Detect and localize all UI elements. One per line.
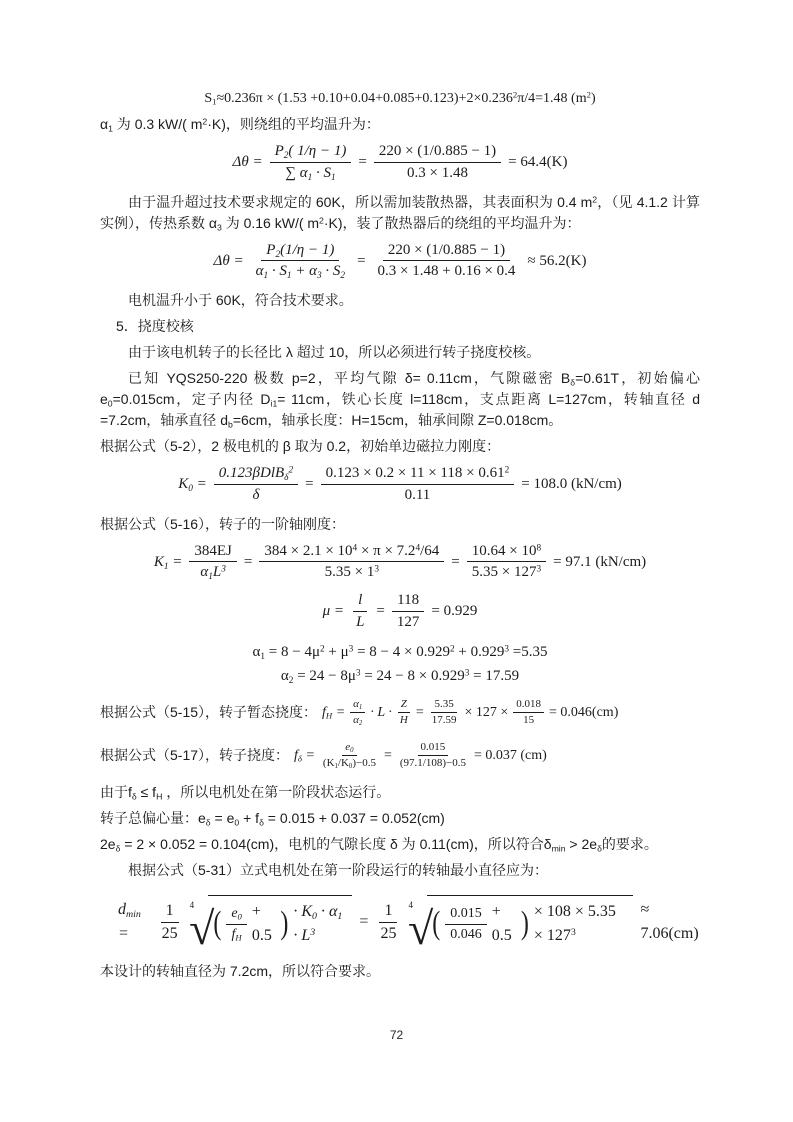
fraction: P2( 1/η − 1) ∑ α1 · S1	[270, 142, 352, 183]
fraction-denominator: α1L3	[195, 562, 231, 582]
equation-text: α1 = 8 − 4μ2 + μ3 = 8 − 4 × 0.9292 + 0.9…	[253, 641, 548, 664]
formula-rhs: ≈ 56.2(K)	[527, 250, 586, 273]
equation-text: α2 = 24 − 8μ3 = 24 − 8 × 0.9293 = 17.59	[281, 665, 519, 688]
length-ratio-formula: μ = l L = 118 127 = 0.929	[100, 591, 700, 632]
surface-area-equation-line: S1≈0.236π × (1.53 +0.10+0.04+0.085+0.123…	[100, 88, 700, 109]
formula-lhs: fδ =	[294, 745, 315, 766]
fraction-denominator: 5.35 × 13	[320, 562, 384, 582]
formula-lhs: fH =	[322, 702, 345, 723]
fraction-numerator: e0	[342, 741, 356, 756]
magnetic-pull-stiffness-formula: K0 = 0.123βDlBδ2 δ = 0.123 × 0.2 × 11 × …	[100, 464, 700, 505]
formula-rhs: = 0.046(cm)	[549, 702, 618, 723]
fraction-numerator: 0.018	[513, 698, 544, 713]
fraction-denominator: 0.046	[445, 925, 487, 944]
operator: · K0 · α1 · L3	[293, 900, 346, 948]
formula-rhs: = 108.0 (kN/cm)	[521, 473, 622, 496]
fraction-numerator: 1	[379, 901, 397, 923]
equals-sign: =	[359, 910, 368, 934]
fraction-denominator: 15	[520, 713, 537, 727]
rotor-deflection-formula: fδ = e0 (K1/K0)−0.5 = 0.015 (97.1/108)−0…	[294, 741, 547, 770]
formula-lhs: K0 =	[178, 473, 207, 496]
fraction-numerator: 10.64 × 108	[467, 542, 546, 563]
conclusion-line: 本设计的转轴直径为 7.2cm，所以符合要求。	[100, 961, 700, 982]
root-index: 4	[190, 899, 195, 913]
formula-lhs: Δθ =	[214, 250, 244, 273]
fraction-numerator: 0.123βDlBδ2	[214, 464, 298, 485]
formula-rhs: = 97.1 (kN/cm)	[553, 551, 646, 574]
fraction-denominator: α2	[350, 713, 365, 727]
operator: + 0.5	[492, 900, 516, 948]
fraction-denominator: 25	[157, 923, 183, 944]
fraction: 384 × 2.1 × 104 × π × 7.24/64 5.35 × 13	[259, 542, 444, 583]
radicand: ( 0.015 0.046 + 0.5 ) × 108 × 5.35 × 127…	[427, 895, 633, 949]
page-number: 72	[0, 1026, 793, 1044]
fraction-denominator: 5.35 × 1273	[467, 562, 546, 582]
equals-sign: =	[244, 551, 252, 574]
formula-5-31-intro: 根据公式（5-31）立式电机处在第一阶段运行的转轴最小直径应为：	[100, 860, 700, 881]
fraction-numerator: 0.015	[445, 905, 487, 925]
operator: × 127 ×	[464, 702, 508, 723]
total-eccentricity-line: 转子总偏心量：eδ = e0 + fδ = 0.015 + 0.037 = 0.…	[100, 808, 700, 829]
fraction-denominator: H	[397, 713, 411, 727]
formula-rhs: = 0.929	[431, 600, 477, 623]
fraction-numerator: 5.35	[431, 698, 456, 713]
avg-temp-rise-formula-1: Δθ = P2( 1/η − 1) ∑ α1 · S1 = 220 × (1/0…	[100, 142, 700, 183]
fraction: 0.015 0.046	[445, 905, 487, 943]
avg-temp-rise-formula-2: Δθ = P2(1/η − 1) α1 · S1 + α3 · S2 = 220…	[100, 241, 700, 282]
fraction-denominator: 25	[375, 923, 401, 944]
fraction-numerator: l	[353, 591, 367, 612]
known-parameters-paragraph: 已知 YQS250-220 极数 p=2，平均气隙 δ= 0.11cm，气隙磁密…	[100, 368, 700, 431]
fraction-numerator: 384 × 2.1 × 104 × π × 7.24/64	[259, 542, 444, 563]
fraction: e0 (K1/K0)−0.5	[320, 741, 379, 770]
temp-requirement-line: 电机温升小于 60K，符合技术要求。	[100, 290, 700, 311]
fraction-denominator: 0.3 × 1.48	[402, 163, 473, 183]
fraction-denominator: fH	[227, 925, 247, 944]
formula-lhs: dmin =	[118, 898, 150, 946]
fraction: 0.018 15	[513, 698, 544, 727]
big-paren-open: (	[213, 908, 221, 940]
formula-lhs: K1 =	[154, 551, 183, 574]
fraction-numerator: P2(1/η − 1)	[261, 241, 339, 262]
fraction-numerator: 0.123 × 0.2 × 11 × 118 × 0.612	[321, 464, 515, 485]
equals-sign: =	[416, 702, 424, 723]
fraction: 0.123 × 0.2 × 11 × 118 × 0.612 0.11	[321, 464, 515, 505]
fraction: 1 25	[375, 901, 401, 944]
fraction: e0 fH	[226, 905, 247, 943]
fraction-numerator: 384EJ	[189, 542, 237, 563]
fraction: 384EJ α1L3	[189, 542, 237, 583]
formula-lhs: Δθ =	[233, 151, 263, 174]
fraction-denominator: 0.3 × 1.48 + 0.16 × 0.4	[373, 261, 521, 281]
rotor-deflection-line: 根据公式（5-17），转子挠度： fδ = e0 (K1/K0)−0.5 = 0…	[100, 741, 700, 770]
deflection-heading: 5．挠度校核	[100, 316, 700, 337]
eccentricity-check-line: 2eδ = 2 × 0.052 = 0.104(cm)，电机的气隙长度 δ 为 …	[100, 834, 700, 855]
equals-sign: =	[358, 151, 366, 174]
fraction-numerator: 220 × (1/0.885 − 1)	[374, 142, 501, 163]
fraction-denominator: 127	[392, 612, 425, 632]
formula-5-17-intro: 根据公式（5-17），转子挠度：	[100, 745, 289, 766]
formula-5-16-intro: 根据公式（5-16），转子的一阶轴刚度：	[100, 514, 700, 535]
transient-deflection-line: 根据公式（5-15），转子暂态挠度： fH = α1 α2 · L · Z H …	[100, 698, 700, 727]
fraction-denominator: α1 · S1 + α3 · S2	[251, 261, 351, 281]
fraction: l L	[351, 591, 369, 632]
fraction: 0.015 (97.1/108)−0.5	[397, 741, 469, 770]
fraction: Z H	[397, 698, 411, 727]
fraction-numerator: α1	[350, 698, 365, 713]
equals-sign: =	[384, 745, 392, 766]
fraction-denominator: 17.59	[429, 713, 460, 727]
operator: · L ·	[370, 702, 392, 723]
big-paren-open: (	[432, 908, 440, 940]
fraction: 220 × (1/0.885 − 1) 0.3 × 1.48 + 0.16 × …	[373, 241, 521, 282]
fraction: 10.64 × 108 5.35 × 1273	[467, 542, 546, 583]
fraction-denominator: (97.1/108)−0.5	[397, 756, 469, 770]
equation-text: S1≈0.236π × (1.53 +0.10+0.04+0.085+0.123…	[204, 88, 595, 109]
fraction: 0.123βDlBδ2 δ	[214, 464, 298, 505]
formula-5-2-intro: 根据公式（5-2），2 极电机的 β 取为 0.2，初始单边磁拉力刚度：	[100, 436, 700, 457]
fraction-numerator: P2( 1/η − 1)	[270, 142, 352, 163]
formula-rhs: ≈ 7.06(cm)	[640, 898, 700, 946]
fraction-numerator: 0.015	[418, 741, 449, 756]
formula-rhs: = 0.037 (cm)	[474, 745, 547, 766]
fraction-denominator: ∑ α1 · S1	[280, 163, 340, 183]
fraction-numerator: 1	[161, 901, 179, 923]
fraction-numerator: Z	[398, 698, 410, 713]
equals-sign: =	[357, 250, 365, 273]
shaft-stiffness-formula: K1 = 384EJ α1L3 = 384 × 2.1 × 104 × π × …	[100, 542, 700, 583]
alpha1-coefficient-equation: α1 = 8 − 4μ2 + μ3 = 8 − 4 × 0.9292 + 0.9…	[100, 641, 700, 664]
operator: × 108 × 5.35 × 1273	[534, 900, 628, 948]
document-page: S1≈0.236π × (1.53 +0.10+0.04+0.085+0.123…	[0, 0, 793, 1122]
fraction-numerator: e0	[226, 905, 247, 925]
operator: + 0.5	[252, 900, 275, 948]
fourth-root: 4 √ ( 0.015 0.046 + 0.5 ) × 108 × 5.35 ×…	[408, 895, 633, 949]
alpha2-coefficient-equation: α2 = 24 − 8μ3 = 24 − 8 × 0.9293 = 17.59	[100, 665, 700, 688]
fraction-denominator: δ	[247, 485, 264, 505]
min-shaft-diameter-formula: dmin = 1 25 4 √ ( e0 fH + 0.5 ) · K0 · α…	[100, 895, 700, 949]
fraction: 220 × (1/0.885 − 1) 0.3 × 1.48	[374, 142, 501, 183]
big-paren-close: )	[521, 908, 529, 940]
formula-rhs: = 64.4(K)	[508, 151, 567, 174]
fraction: 5.35 17.59	[429, 698, 460, 727]
fraction: 118 127	[392, 591, 425, 632]
fraction-denominator: (K1/K0)−0.5	[320, 756, 379, 770]
root-index: 4	[408, 899, 413, 913]
fraction: 1 25	[157, 901, 183, 944]
winding-temp-intro-line: α1 为 0.3 kW/( m2·K)，则绕组的平均温升为：	[100, 114, 700, 135]
fraction-numerator: 118	[392, 591, 424, 612]
aspect-ratio-line: 由于该电机转子的长径比 λ 超过 10，所以必须进行转子挠度校核。	[100, 342, 700, 363]
fraction-denominator: 0.11	[400, 485, 436, 505]
operation-stage-line: 由于fδ ≤ fH ，所以电机处在第一阶段状态运行。	[100, 782, 700, 803]
big-paren-close: )	[280, 908, 288, 940]
fourth-root: 4 √ ( e0 fH + 0.5 ) · K0 · α1 · L3	[190, 895, 353, 949]
formula-5-15-intro: 根据公式（5-15），转子暂态挠度：	[100, 702, 317, 723]
transient-deflection-formula: fH = α1 α2 · L · Z H = 5.35 17.59 × 127 …	[322, 698, 618, 727]
formula-lhs: μ =	[323, 600, 344, 623]
fraction-numerator: 220 × (1/0.885 − 1)	[383, 241, 510, 262]
radicand: ( e0 fH + 0.5 ) · K0 · α1 · L3	[208, 895, 352, 949]
fraction: α1 α2	[350, 698, 365, 727]
equals-sign: =	[376, 600, 384, 623]
radiator-paragraph: 由于温升超过技术要求规定的 60K，所以需加装散热器，其表面积为 0.4 m2，…	[100, 192, 700, 234]
equals-sign: =	[305, 473, 313, 496]
equals-sign: =	[451, 551, 459, 574]
fraction-denominator: L	[351, 612, 369, 632]
fraction: P2(1/η − 1) α1 · S1 + α3 · S2	[251, 241, 351, 282]
